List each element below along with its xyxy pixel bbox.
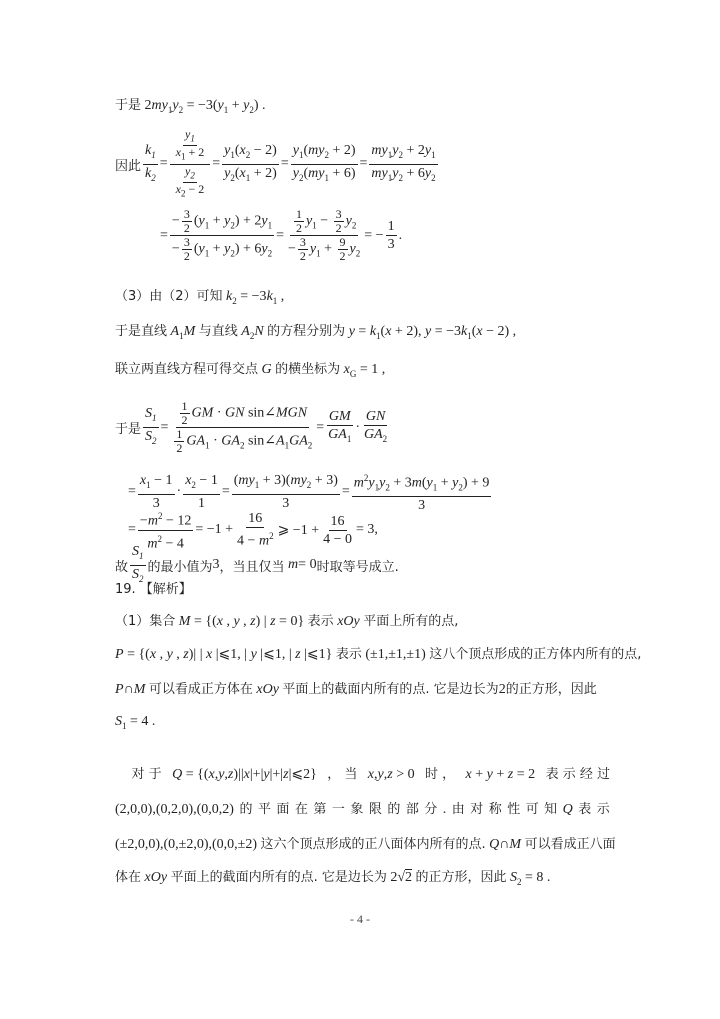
equation-k-ratio-result: = −32(y1 + y2) + 2y1 −32(y1 + y2) + 6y2 … bbox=[160, 208, 402, 263]
page-number: - 4 - bbox=[0, 912, 720, 927]
set-m-description: （1）集合 M = {(x , y , z) | z = 0} 表示 xOy 平… bbox=[115, 612, 458, 632]
intersection-pm-description: P∩M 可以看成正方体在 xOy 平面上的截面内所有的点. 它是边长为2的正方形… bbox=[115, 680, 597, 700]
s2-value: 体在 xOy 平面上的截面内所有的点. 它是边长为 2√2 的正方形，因此 S2… bbox=[115, 868, 550, 892]
equation-area-ratio: 于是 S1S2= 12GM · GN sin∠MGN 12GA1 · GA2 s… bbox=[115, 400, 391, 455]
intersection-x: 联立两直线方程可得交点 G 的横坐标为 xG = 1 , bbox=[115, 360, 385, 384]
equation-k-ratio: 因此 k1k2= y1x1 + 2 y2x2 − 2 = y1(x2 − 2)y… bbox=[115, 128, 440, 201]
plane-first-octant: (2,0,0),(0,2,0),(0,0,2) 的平面在第一象限的部分. 由对称… bbox=[115, 800, 610, 820]
line-equations: 于是直线 A1M 与直线 A2N 的方程分别为 y = k1(x + 2), y… bbox=[115, 322, 516, 346]
set-p-description: P = {(x , y , z)| | x |⩽1, | y |⩽1, | z … bbox=[115, 645, 641, 665]
s1-value: S1 = 4 . bbox=[115, 712, 155, 736]
part-3-intro: （3）由（2）可知 k2 = −3k1 , bbox=[115, 287, 284, 311]
equation-line-1: 于是 2my1y2 = −3(y1 + y2) . bbox=[115, 96, 266, 120]
problem-19-heading: 19. 【解析】 bbox=[115, 580, 192, 600]
set-q-description: 对 于 Q = {(x,y,z)||x|+|y|+|z|⩽2} ， 当 x,y,… bbox=[115, 765, 610, 785]
octahedron-description: (±2,0,0),(0,±2,0),(0,0,±2) 这六个顶点形成的正八面体内… bbox=[115, 835, 616, 855]
